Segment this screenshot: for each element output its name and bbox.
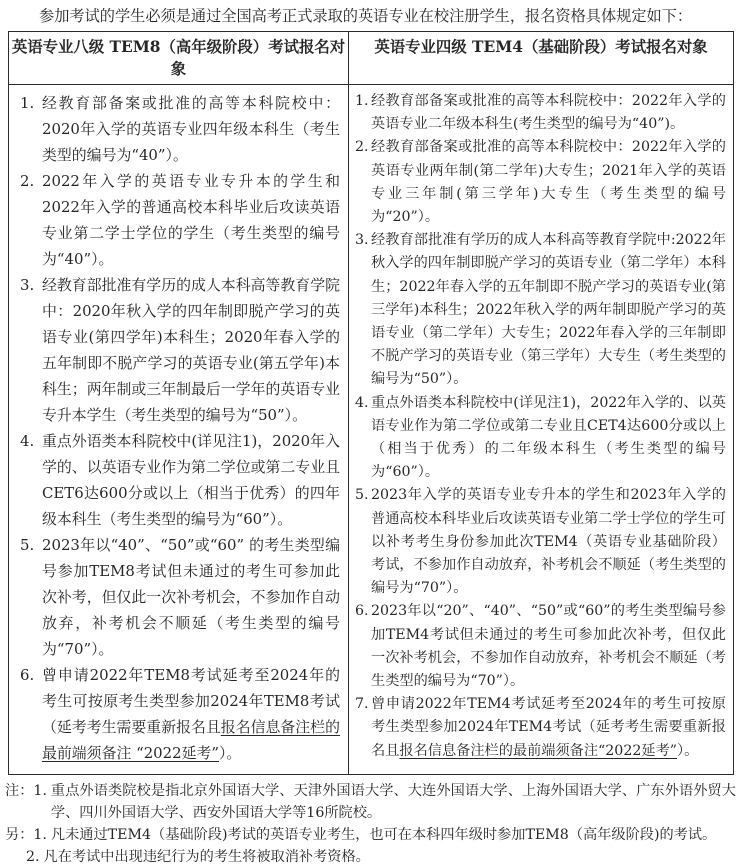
footnotes: 注：1. 重点外语类院校是指北京外国语大学、天津外国语大学、大连外国语大学、上海… [5, 780, 736, 868]
item-text: 经教育部批准有学历的成人本科高等教育学院中：2020年秋入学的四年制即脱产学习的… [42, 272, 340, 428]
tem8-item: 3. 经教育部批准有学历的成人本科高等教育学院中：2020年秋入学的四年制即脱产… [20, 272, 340, 428]
tem4-eligibility-list: 1. 经教育部备案或批准的高等本科院校中：2022年入学的英语专业二年级本科生(… [349, 85, 733, 774]
document-page: 参加考试的学生必须是通过全国高考正式录取的英语专业在校注册学生，报名资格具体规定… [0, 0, 740, 868]
item-number: 4. [355, 392, 371, 485]
item-text: 经教育部批准有学历的成人本科高等教育学院中:2022年秋入学的四年制即脱产学习的… [371, 229, 726, 391]
tem4-item: 5. 2023年入学的英语专业专升本的学生和2023年入学的普通高校本科毕业后攻… [355, 484, 726, 600]
item-text: 经教育部备案或批准的高等本科院校中：2022年入学的英语专业两年制(第二学年)大… [371, 136, 726, 229]
footnote-row: 注：1. 重点外语类院校是指北京外国语大学、天津外国语大学、大连外国语大学、上海… [5, 780, 736, 824]
tem4-item: 7. 曾申请2022年TEM4考试延考至2024年的考生可按原考生类型参加202… [355, 693, 726, 763]
item-number: 1. [355, 90, 371, 136]
footnote-text: 凡在考试中出现违纪行为的考生将被取消补考资格。 [44, 846, 736, 868]
footnote-row: 2. 凡在考试中出现违纪行为的考生将被取消补考资格。 [5, 846, 736, 868]
item-text: 曾申请2022年TEM4考试延考至2024年的考生可按原考生类型参加2024年T… [371, 693, 726, 763]
footnote-text: 凡未通过TEM4（基础阶段)考试的英语专业考生，也可在本科四年级时参加TEM8（… [51, 824, 736, 846]
item-number: 2. [20, 168, 42, 272]
tem4-item: 4. 重点外语类本科院校中(详见注1)，2022年入学的、以英语专业作为第二学位… [355, 392, 726, 485]
footnote-label: 注：1. [5, 780, 47, 824]
tem4-column-header: 英语专业四级 TEM4（基础阶段）考试报名对象 [349, 32, 733, 85]
underlined-remark-text: 报名信息备注栏的最前端须备注“2022延考” [399, 743, 677, 759]
item-text: 重点外语类本科院校中(详见注1)，2020年入学的、以英语专业作为第二学位或第二… [42, 428, 340, 532]
item-number: 6. [20, 662, 42, 766]
tem8-item: 4. 重点外语类本科院校中(详见注1)，2020年入学的、以英语专业作为第二学位… [20, 428, 340, 532]
footnote-row: 另：1. 凡未通过TEM4（基础阶段)考试的英语专业考生，也可在本科四年级时参加… [5, 824, 736, 846]
item-number: 5. [20, 532, 42, 662]
item-text: 2023年以“20”、“40”、“50”或“60”的考生类型编号参加TEM4考试… [371, 600, 726, 693]
item-number: 3. [355, 229, 371, 391]
item-number: 7. [355, 693, 371, 763]
item-text: 2022年入学的英语专业专升本的学生和2022年入学的普通高校本科毕业后攻读英语… [42, 168, 340, 272]
tem8-item: 2. 2022年入学的英语专业专升本的学生和2022年入学的普通高校本科毕业后攻… [20, 168, 340, 272]
item-text: 曾申请2022年TEM8考试延考至2024年的考生可按原考生类型参加2024年T… [42, 662, 340, 766]
tem4-item: 2. 经教育部备案或批准的高等本科院校中：2022年入学的英语专业两年制(第二学… [355, 136, 726, 229]
eligibility-table: 英语专业八级 TEM8（高年级阶段）考试报名对象 英语专业四级 TEM4（基础阶… [8, 31, 734, 775]
tem8-item: 6. 曾申请2022年TEM8考试延考至2024年的考生可按原考生类型参加202… [20, 662, 340, 766]
tem8-column-header: 英语专业八级 TEM8（高年级阶段）考试报名对象 [9, 32, 349, 85]
tem8-item: 5. 2023年以“40”、“50”或“60” 的考生类型编号参加TEM8考试但… [20, 532, 340, 662]
item-text: 重点外语类本科院校中(详见注1)，2022年入学的、以英语专业作为第二学位或第二… [371, 392, 726, 485]
footnote-text: 重点外语类院校是指北京外国语大学、天津外国语大学、大连外国语大学、上海外国语大学… [51, 780, 736, 824]
item-text-post: ）。 [677, 743, 698, 759]
tem8-item: 1. 经教育部备案或批准的高等本科院校中：2020年入学的英语专业四年级本科生（… [20, 90, 340, 168]
footnote-label: 2. [26, 846, 40, 868]
item-number: 6. [355, 600, 371, 693]
item-text: 2023年入学的英语专业专升本的学生和2023年入学的普通高校本科毕业后攻读英语… [371, 484, 726, 600]
intro-text: 参加考试的学生必须是通过全国高考正式录取的英语专业在校注册学生，报名资格具体规定… [8, 5, 734, 28]
item-number: 2. [355, 136, 371, 229]
item-text: 经教育部备案或批准的高等本科院校中：2020年入学的英语专业四年级本科生（考生类… [42, 90, 340, 168]
tem4-item: 3. 经教育部批准有学历的成人本科高等教育学院中:2022年秋入学的四年制即脱产… [355, 229, 726, 391]
item-number: 1. [20, 90, 42, 168]
item-number: 4. [20, 428, 42, 532]
tem4-item: 1. 经教育部备案或批准的高等本科院校中：2022年入学的英语专业二年级本科生(… [355, 90, 726, 136]
item-number: 5. [355, 484, 371, 600]
tem4-item: 6. 2023年以“20”、“40”、“50”或“60”的考生类型编号参加TEM… [355, 600, 726, 693]
item-text: 2023年以“40”、“50”或“60” 的考生类型编号参加TEM8考试但未通过… [42, 532, 340, 662]
item-text: 经教育部备案或批准的高等本科院校中：2022年入学的英语专业二年级本科生(考生类… [371, 90, 726, 136]
item-number: 3. [20, 272, 42, 428]
footnote-label: 另：1. [5, 824, 47, 846]
tem8-eligibility-list: 1. 经教育部备案或批准的高等本科院校中：2020年入学的英语专业四年级本科生（… [9, 85, 349, 774]
item-text-post: ）。 [219, 744, 241, 762]
